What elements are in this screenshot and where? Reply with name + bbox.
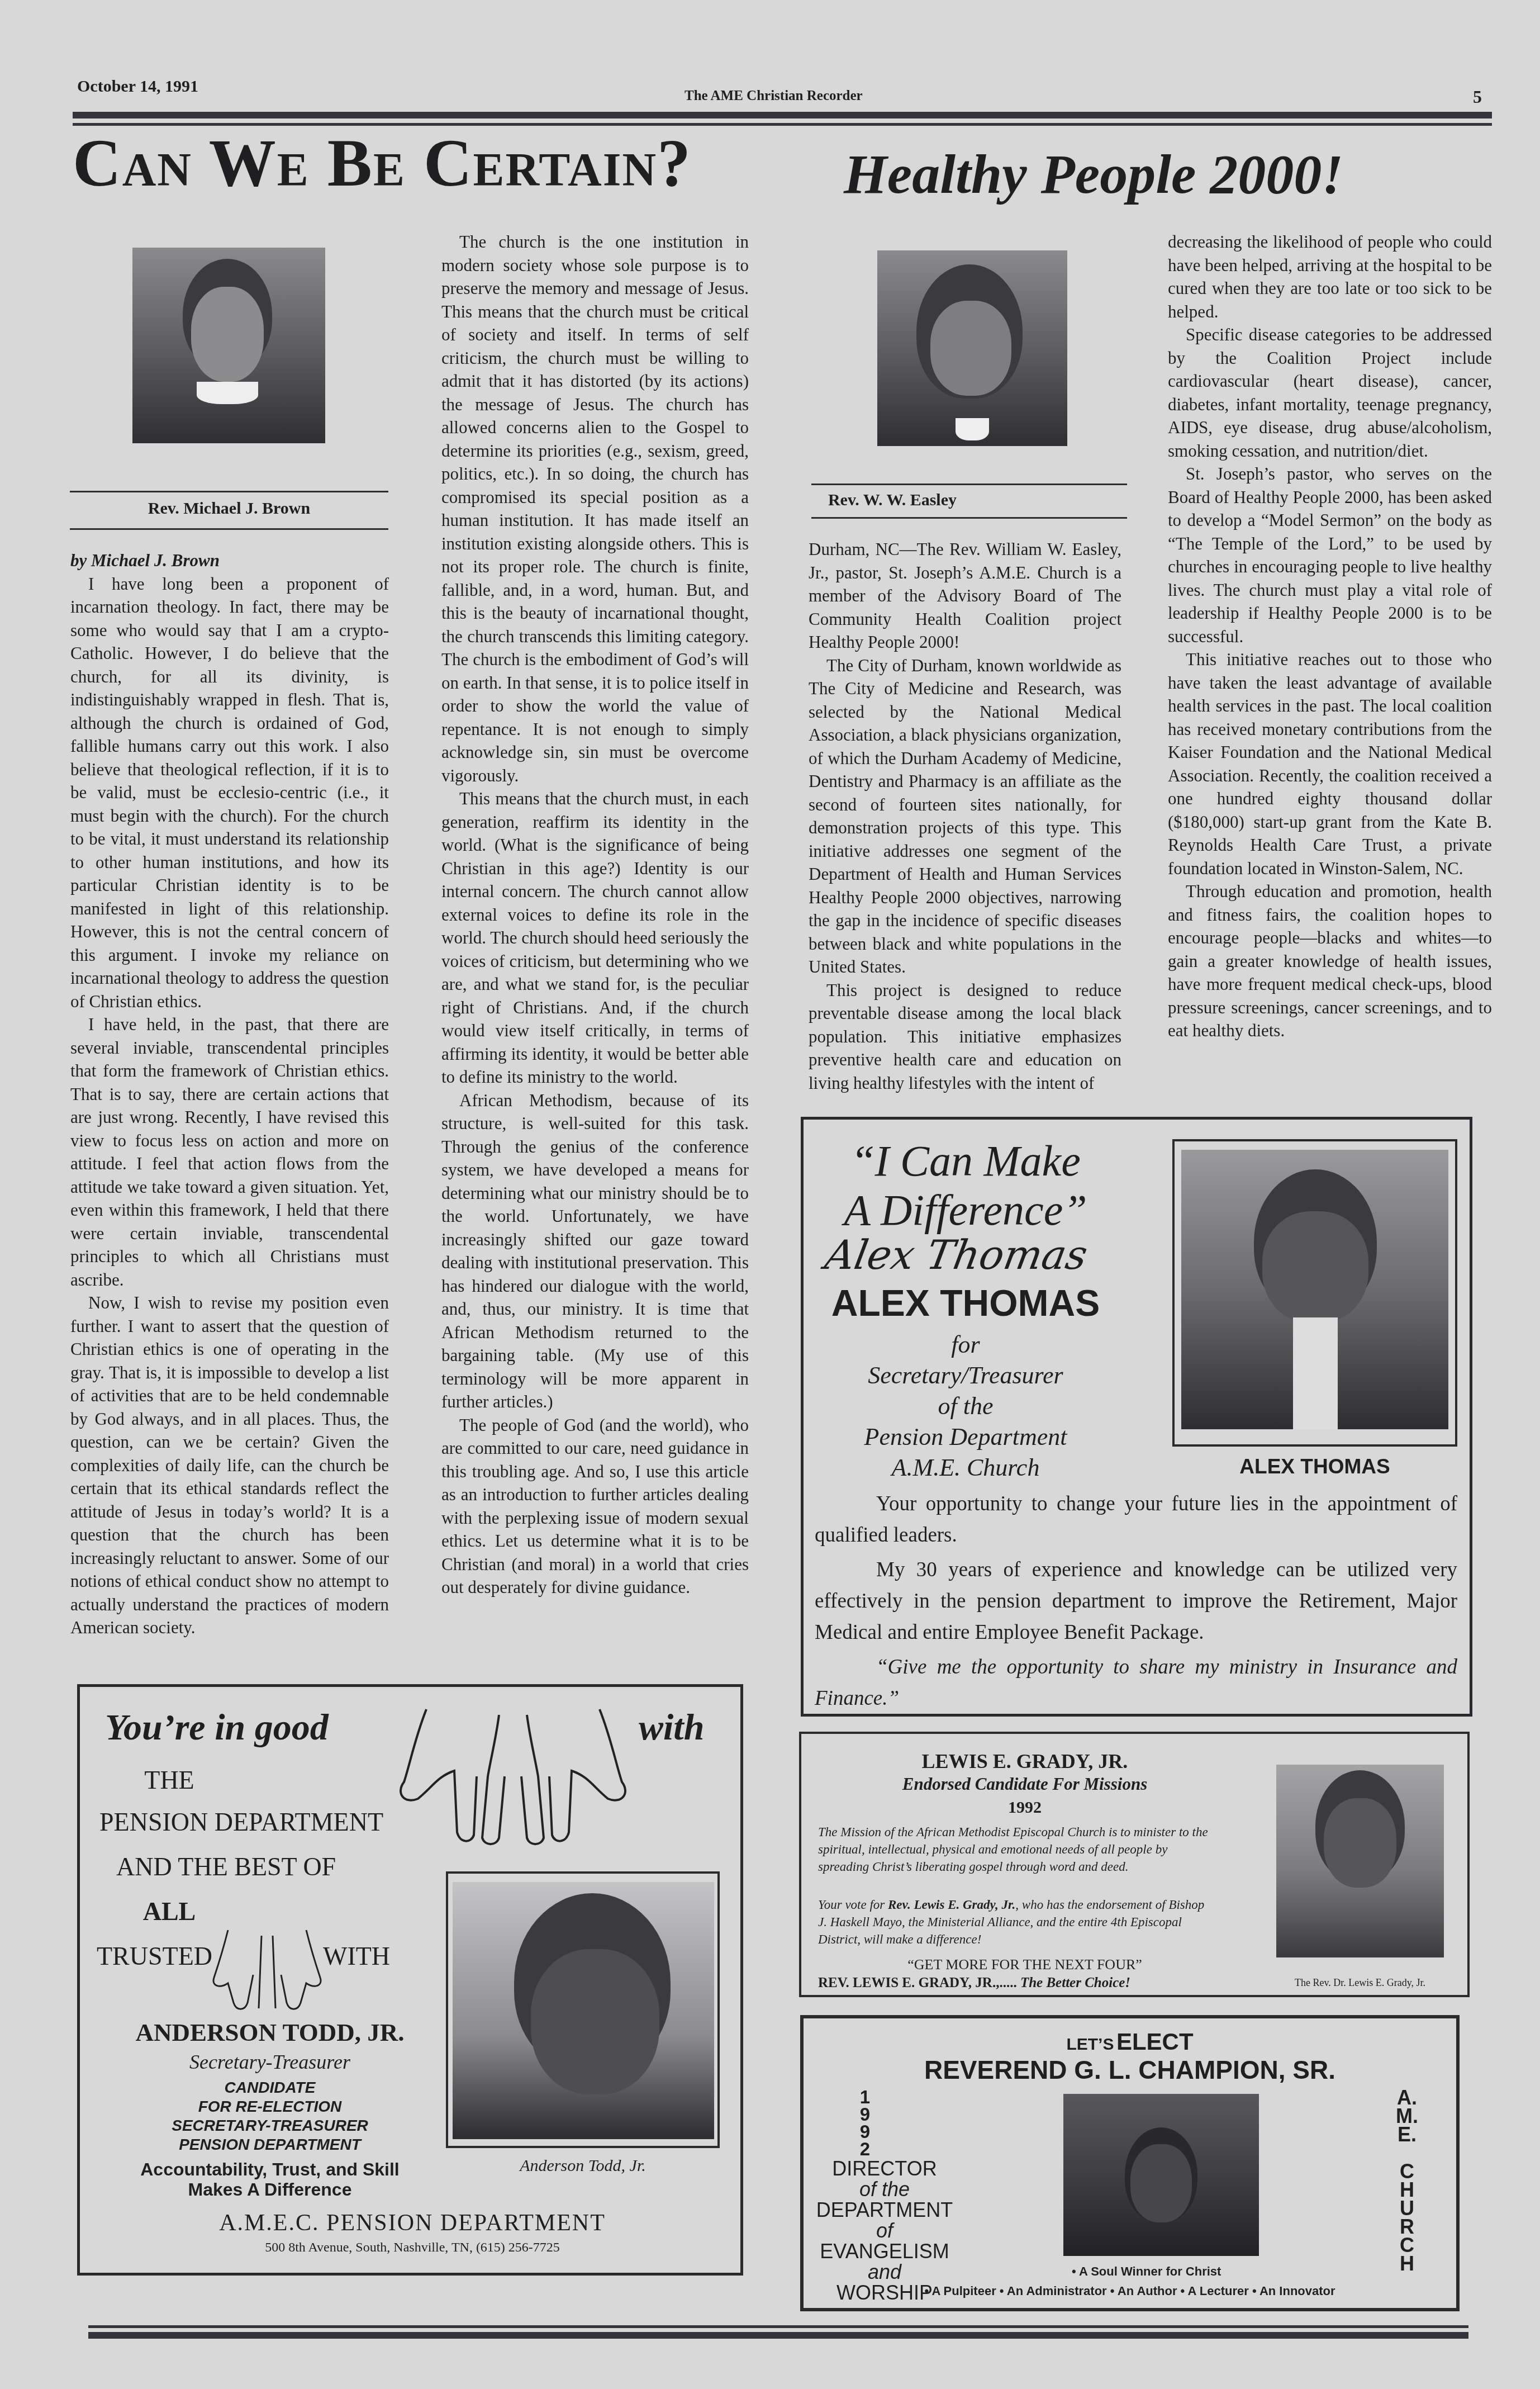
ad-anderson-todd: You’re in good with THE PENSION DEPARTME… — [77, 1684, 743, 2276]
headline-with: with — [639, 1707, 704, 1749]
office-title: DIRECTOR of the DEPARTMENT of EVANGELISM… — [809, 2158, 960, 2303]
article-right-column-1: Durham, NC—The Rev. William W. Easley, J… — [809, 538, 1121, 1094]
paragraph: This initiative reaches out to those who… — [1168, 648, 1492, 880]
text-pension-department: PENSION DEPARTMENT — [99, 1807, 383, 1837]
paragraph: My 30 years of experience and knowledge … — [815, 1554, 1457, 1648]
photo-anderson-todd — [453, 1882, 714, 2139]
text-the: THE — [102, 1765, 236, 1795]
text-line: of the — [815, 1391, 1116, 1421]
digit: 2 — [843, 2140, 887, 2158]
bottom-rule-thin — [88, 2325, 1468, 2328]
candidate-subtitle: Endorsed Candidate For Missions — [812, 1774, 1237, 1794]
ad-body: Your opportunity to change your future l… — [815, 1489, 1457, 1714]
text-line: Makes A Difference — [102, 2179, 438, 2200]
text-line: Secretary/Treasurer — [815, 1360, 1116, 1391]
text-line: FOR RE-ELECTION — [102, 2097, 438, 2116]
text-line: Accountability, Trust, and Skill — [102, 2159, 438, 2179]
digit: 1 — [843, 2088, 887, 2106]
campaign-slogan: “GET MORE FOR THE NEXT FOUR” — [812, 1956, 1237, 1973]
paragraph: I have long been a proponent of incarnat… — [70, 572, 389, 1013]
paragraph: I have held, in the past, that there are… — [70, 1013, 389, 1291]
vote-statement: Your vote for Rev. Lewis E. Grady, Jr., … — [818, 1896, 1209, 1948]
letter: E. — [1387, 2125, 1427, 2144]
caption-rule — [811, 484, 1127, 485]
digit: 9 — [843, 2106, 887, 2123]
text: LET’S — [1066, 2035, 1114, 2054]
ad-slogan: “I Can Make A Difference” — [815, 1136, 1116, 1235]
text-line: EVANGELISM — [809, 2241, 960, 2262]
mission-statement: The Mission of the African Methodist Epi… — [818, 1823, 1209, 1875]
lets-elect: LET’S ELECT — [804, 2028, 1456, 2055]
photo-figure-face — [1324, 1798, 1396, 1888]
candidate-title: Secretary-Treasurer — [102, 2050, 438, 2074]
text-line: for — [815, 1329, 1116, 1360]
photo-caption-thomas: ALEX THOMAS — [1172, 1455, 1457, 1478]
photo-frame — [1172, 1139, 1457, 1447]
caption-rule — [70, 528, 388, 530]
election-year: 1992 — [812, 1798, 1237, 1817]
text-line: of — [809, 2220, 960, 2241]
paragraph-dateline: Durham, NC—The Rev. William W. Easley, J… — [809, 538, 1121, 654]
ame-church-vertical: A. M. E. C H U R C H — [1387, 2088, 1427, 2273]
organization-address: 500 8th Avenue, South, Nashville, TN, (6… — [91, 2240, 734, 2255]
qualities: • A Pulpiteer • An Administrator • An Au… — [804, 2284, 1456, 2298]
photo-figure-face — [1262, 1211, 1368, 1323]
text-line: PENSION DEPARTMENT — [102, 2135, 438, 2154]
text-trusted: TRUSTED — [97, 1941, 212, 1971]
photo-figure-face — [531, 1949, 659, 2094]
paragraph: Specific disease categories to be addres… — [1168, 323, 1492, 462]
article-left-column-2: The church is the one institution in mod… — [441, 230, 749, 1599]
paragraph: The City of Durham, known worldwide as T… — [809, 654, 1121, 979]
paragraph: The church is the one institution in mod… — [441, 230, 749, 787]
year-vertical: 1 9 9 2 — [843, 2088, 887, 2158]
headline-youre-in-good: You’re in good — [105, 1707, 329, 1749]
digit: 9 — [843, 2123, 887, 2140]
caption-rule — [811, 517, 1127, 519]
paragraph: Now, I wish to revise my position even f… — [70, 1291, 389, 1639]
text-line: SECRETARY-TREASURER — [102, 2116, 438, 2135]
paragraph: This means that the church must, in each… — [441, 787, 749, 1089]
small-hands-icon — [211, 1925, 323, 2014]
letter: H — [1387, 2254, 1427, 2273]
photo-lewis-grady — [1276, 1765, 1444, 1957]
headline-can-we-be-certain: Can We Be Certain? — [73, 130, 692, 197]
text-line: DIRECTOR — [809, 2158, 960, 2179]
photo-frame — [446, 1871, 720, 2148]
candidate-name: ALEX THOMAS — [815, 1282, 1116, 1324]
photo-gl-champion — [1063, 2094, 1259, 2256]
photo-figure-face — [191, 287, 264, 382]
caption-rule — [70, 491, 388, 492]
ad-gl-champion: LET’S ELECT REVEREND G. L. CHAMPION, SR.… — [800, 2015, 1460, 2311]
paragraph: Through education and promotion, health … — [1168, 880, 1492, 1042]
paragraph: decreasing the likelihood of people who … — [1168, 230, 1492, 323]
text: The Better Choice! — [1020, 1975, 1130, 1990]
photo-caption-easley: Rev. W. W. Easley — [811, 491, 973, 510]
text-best-of: AND THE BEST OF — [116, 1852, 336, 1881]
closing-line: REV. LEWIS E. GRADY, JR.,..... The Bette… — [818, 1975, 1243, 1991]
photo-shirt — [1293, 1317, 1338, 1429]
candidate-name: REVEREND G. L. CHAMPION, SR. — [804, 2055, 1456, 2085]
candidate-name: ANDERSON TODD, JR. — [102, 2018, 438, 2047]
publication-name: The AME Christian Recorder — [685, 88, 863, 104]
slogan-line: A Difference” — [815, 1186, 1116, 1235]
organization-name: A.M.E.C. PENSION DEPARTMENT — [91, 2210, 734, 2236]
photo-figure-face — [930, 301, 1011, 396]
signature: Alex Thomas — [822, 1231, 1121, 1278]
photo-caption-todd: Anderson Todd, Jr. — [446, 2156, 720, 2175]
ad-alex-thomas: “I Can Make A Difference” Alex Thomas AL… — [801, 1117, 1472, 1717]
page-number: 5 — [1473, 87, 1482, 107]
text: REV. LEWIS E. GRADY, JR.,..... — [818, 1975, 1017, 1990]
text: ELECT — [1116, 2028, 1194, 2055]
issue-date: October 14, 1991 — [77, 77, 198, 96]
quote: “Give me the opportunity to share my min… — [815, 1652, 1457, 1714]
paragraph: This project is designed to reduce preve… — [809, 979, 1121, 1095]
text-line: CANDIDATE — [102, 2078, 438, 2097]
text-line: and — [809, 2262, 960, 2282]
photo-alex-thomas — [1181, 1150, 1448, 1429]
photo-caption-brown: Rev. Michael J. Brown — [70, 499, 388, 518]
paragraph: African Methodism, because of its struct… — [441, 1089, 749, 1414]
photo-collar — [197, 382, 258, 404]
text-line: Pension Department — [815, 1421, 1116, 1452]
headline-healthy-people-2000: Healthy People 2000! — [844, 146, 1343, 202]
paragraph: Your opportunity to change your future l… — [815, 1489, 1457, 1551]
text-line: of the — [809, 2179, 960, 2200]
paragraph: The people of God (and the world), who a… — [441, 1414, 749, 1599]
candidate-re-election: CANDIDATE FOR RE-ELECTION SECRETARY-TREA… — [102, 2078, 438, 2154]
ad-lewis-grady: LEWIS E. GRADY, JR. Endorsed Candidate F… — [799, 1732, 1470, 1997]
candidate-name: LEWIS E. GRADY, JR. — [812, 1750, 1237, 1773]
candidate-name-inline: Rev. Lewis E. Grady, Jr. — [888, 1898, 1015, 1912]
soul-winner: • A Soul Winner for Christ — [1072, 2264, 1221, 2279]
paragraph: St. Joseph’s pastor, who serves on the B… — [1168, 462, 1492, 648]
byline: by Michael J. Brown — [70, 549, 389, 572]
candidate-position: for Secretary/Treasurer of the Pension D… — [815, 1329, 1116, 1483]
tagline: Accountability, Trust, and Skill Makes A… — [102, 2159, 438, 2200]
text-line: A.M.E. Church — [815, 1452, 1116, 1483]
text-with: WITH — [323, 1941, 390, 1971]
photo-caption-grady: The Rev. Dr. Lewis E. Grady, Jr. — [1265, 1977, 1455, 1989]
slogan-line: “I Can Make — [815, 1136, 1116, 1186]
top-rule-thick — [73, 112, 1492, 118]
open-hands-icon — [393, 1704, 633, 1849]
photo-michael-brown — [132, 248, 325, 443]
article-right-column-2: decreasing the likelihood of people who … — [1168, 230, 1492, 1042]
article-left-column-1: by Michael J. Brown I have long been a p… — [70, 549, 389, 1639]
photo-ww-easley — [877, 250, 1067, 446]
text: Your vote for — [818, 1898, 888, 1912]
text-all: ALL — [102, 1897, 236, 1926]
text-line: DEPARTMENT — [809, 2200, 960, 2220]
photo-collar — [956, 418, 989, 440]
bottom-rule-thick — [88, 2332, 1468, 2339]
photo-figure-face — [1130, 2144, 1192, 2222]
